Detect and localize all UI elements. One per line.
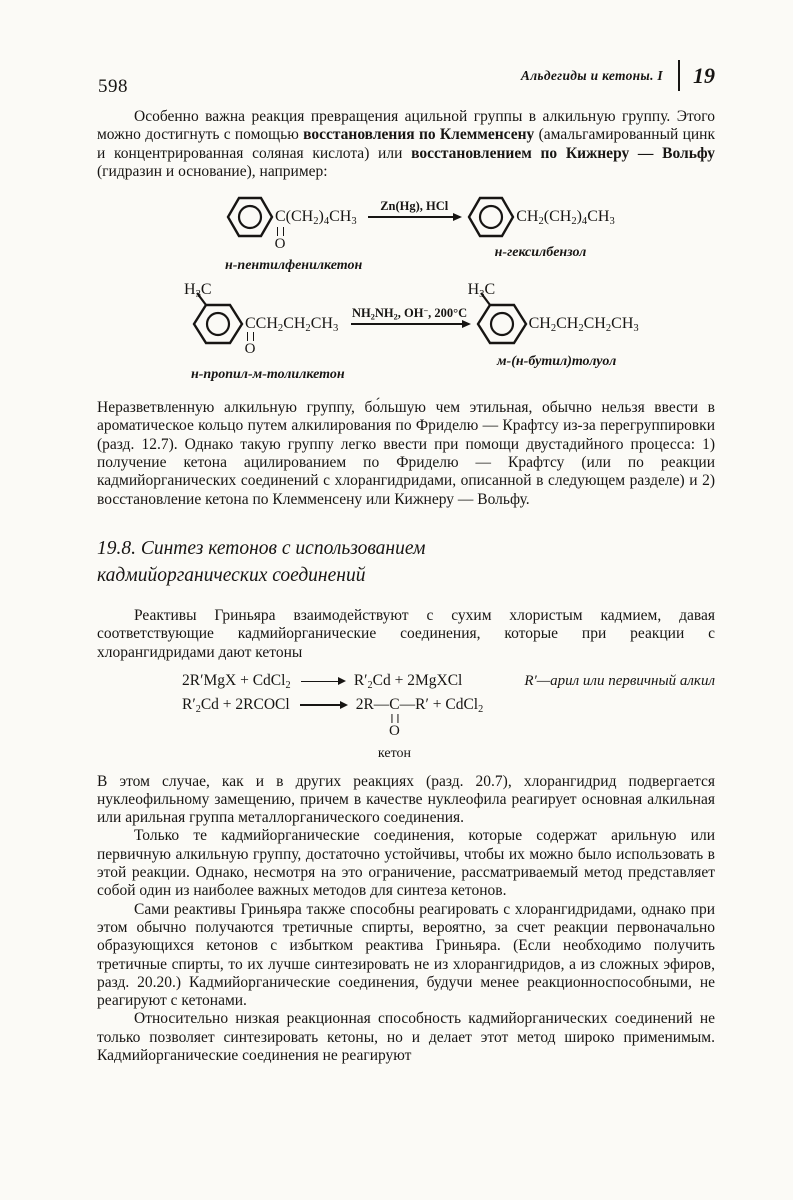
page-content: 598 Альдегиды и кетоны. I 19 Особенно ва… [97,0,715,1065]
reactant-molecule-2: H3C CCH2CH2CH3 O н-пропил-м-толилкетон [191,288,345,383]
paragraph-3: Реактивы Гриньяра взаимодействуют с сухи… [97,607,715,662]
equation-note: R′—арил или первичный алкил [524,673,715,690]
product-molecule-1: CH2(CH2)4CH3 н-гексилбензол [466,191,614,261]
methyl-group: H3C [184,281,212,300]
discussion-text: Неразветвленную алкильную группу, бо́льш… [97,399,715,509]
carbonyl-group: O [243,332,257,357]
double-bond-icon [277,227,284,236]
reaction-scheme-2: H3C CCH2CH2CH3 O н-пропил-м-толилкетон N… [191,288,715,383]
methyl-group: H3C [468,281,496,300]
product-formula: CH2CH2CH2CH3 [529,315,639,334]
intro-text: Особенно важна реакция превращения ациль… [97,108,715,181]
product-formula: CH2(CH2)4CH3 [516,208,614,227]
running-head-divider [678,60,680,91]
structure-row: CH2(CH2)4CH3 [466,191,614,243]
reactant-molecule-1: C(CH2)4CH3 O н-пентилфенилкетон [225,191,362,274]
eq2-lhs: R′2Cd + 2RCOCl [182,696,290,715]
oxygen-atom: O [275,237,286,252]
reactant-formula: C(CH2)4CH3 [275,208,357,227]
reaction-conditions: Zn(Hg), HCl [380,199,448,214]
structure-row: H3C CCH2CH2CH3 O [191,288,345,352]
running-head: Альдегиды и кетоны. I 19 [521,60,715,91]
ketone-caption: кетон [378,746,411,762]
yields-arrow-icon [301,681,344,683]
closing-text: В этом случае, как и в других реакциях (… [97,773,715,1066]
section-intro-text: Реактивы Гриньяра взаимодействуют с сухи… [97,607,715,662]
eq2-rhs-pre: 2R— [356,696,390,714]
page-number: 598 [98,76,128,98]
paragraph-5: Только те кадмийорганические соединения,… [97,827,715,900]
oxygen-atom: O [245,342,256,357]
scanned-book-page: 598 Альдегиды и кетоны. I 19 Особенно ва… [0,0,793,1200]
paragraph-7: Относительно низкая реакционная способно… [97,1010,715,1065]
carbonyl-carbon: C O кетон [389,696,399,714]
reactant-formula: CCH2CH2CH3 [245,315,338,334]
eq2-rhs-post: —R′ + CdCl2 [400,696,484,715]
compound-name: м-(н-бутил)толуол [475,354,639,370]
structure-row: H3C CH2CH2CH2CH3 [475,288,639,352]
benzene-ring-icon [225,191,275,243]
chapter-number: 19 [693,63,715,89]
product-molecule-2: H3C CH2CH2CH2CH3 м-(н-бутил)толуол [475,288,639,370]
equation-1: 2R′MgX + CdCl2 R′2Cd + 2MgXCl R′—арил ил… [182,672,715,691]
carbonyl-group: O кетон [378,714,411,762]
section-heading-line2: кадмийорганических соединений [97,562,715,589]
double-bond-icon [247,332,254,341]
arrow-icon [368,216,460,218]
reaction-arrow: Zn(Hg), HCl [368,191,460,218]
oxygen-atom: O [389,724,400,739]
running-head-title: Альдегиды и кетоны. I [521,68,663,84]
eq1-lhs: 2R′MgX + CdCl2 [182,672,291,691]
equation-2: R′2Cd + 2RCOCl 2R— C O кетон —R′ + CdCl2 [182,696,715,715]
reaction-arrow: NH2NH2, OH−, 200°C [351,288,469,325]
arrow-icon [351,323,469,325]
paragraph-1: Особенно важна реакция превращения ациль… [97,108,715,181]
yields-arrow-icon [300,704,346,706]
section-heading-line1: 19.8. Синтез кетонов с использованием [97,535,715,562]
compound-name: н-гексилбензол [466,245,614,261]
double-bond-icon [391,714,398,723]
compound-name: н-пропил-м-толилкетон [191,367,345,383]
carbonyl-group: O [273,227,287,252]
page-header: 598 Альдегиды и кетоны. I 19 [97,0,715,108]
reaction-conditions: NH2NH2, OH−, 200°C [352,306,467,321]
reaction-scheme-1: C(CH2)4CH3 O н-пентилфенилкетон Zn(Hg), … [225,191,715,274]
eq1-rhs: R′2Cd + 2MgXCl [354,672,463,691]
paragraph-6: Сами реактивы Гриньяра также способны ре… [97,901,715,1011]
equations-block: 2R′MgX + CdCl2 R′2Cd + 2MgXCl R′—арил ил… [97,672,715,715]
compound-name: н-пентилфенилкетон [225,258,362,274]
paragraph-4: В этом случае, как и в других реакциях (… [97,773,715,828]
carbon-atom: C [389,696,399,713]
benzene-ring-icon [466,191,516,243]
section-heading: 19.8. Синтез кетонов с использованием ка… [97,535,715,589]
paragraph-2: Неразветвленную алкильную группу, бо́льш… [97,399,715,509]
structure-row: C(CH2)4CH3 O [225,191,362,243]
